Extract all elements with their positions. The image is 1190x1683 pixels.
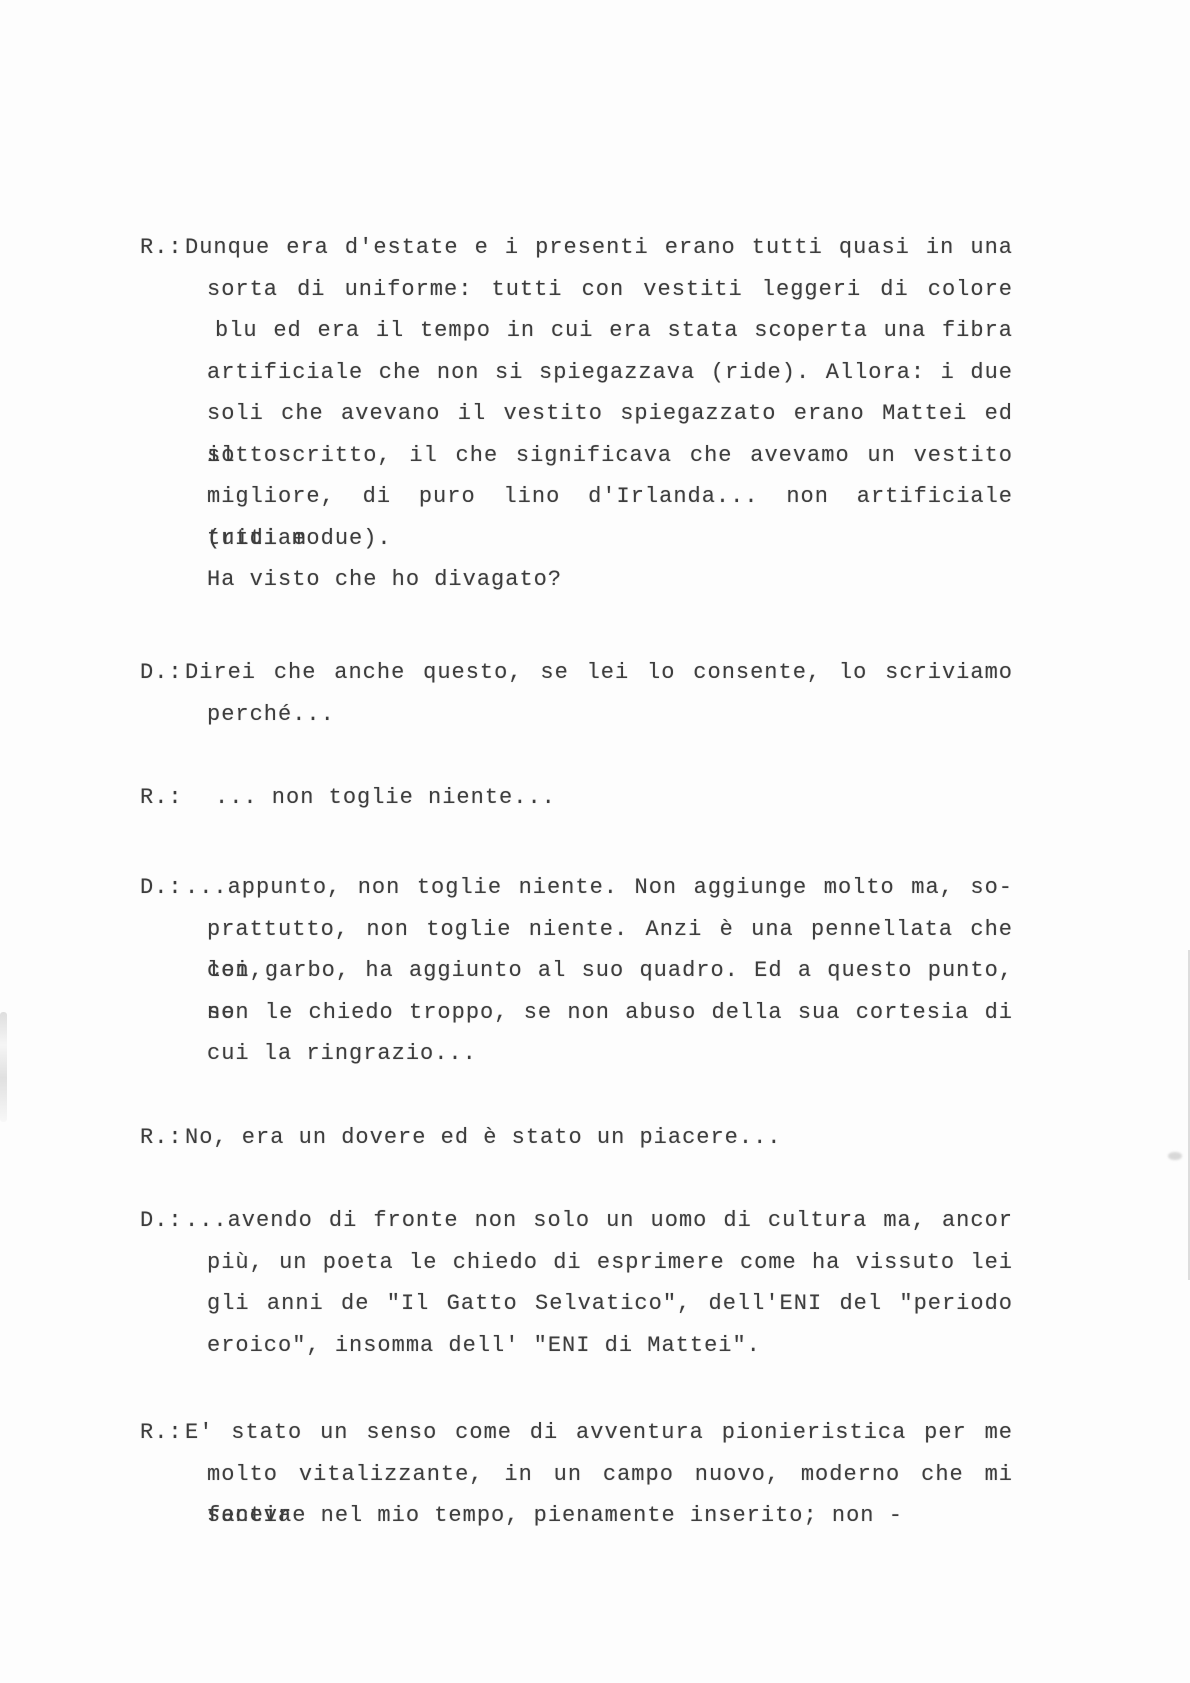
transcript-line: gli anni de "Il Gatto Selvatico", dell'E…	[185, 1283, 1013, 1325]
dialogue-turn: R.:E' stato un senso come di avventura p…	[140, 1412, 1020, 1537]
speaker-label: D.:	[140, 652, 183, 694]
transcript-line: prattutto, non toglie niente. Anzi è una…	[185, 909, 1013, 951]
speaker-label: R.:	[140, 1117, 183, 1159]
dialogue-turn: D.:...appunto, non toglie niente. Non ag…	[140, 867, 1020, 1075]
speaker-label: R.:	[140, 227, 183, 269]
turn-lines: Dunque era d'estate e i presenti erano t…	[185, 227, 1013, 601]
transcript-line: con garbo, ha aggiunto al suo quadro. Ed…	[185, 950, 1013, 992]
transcript-line: molto vitalizzante, in un campo nuovo, m…	[185, 1454, 1013, 1496]
turn-lines: ... non toglie niente...	[185, 777, 1013, 819]
transcript-line: sottoscritto, il che significava che ave…	[185, 435, 1013, 477]
transcript-line: Direi che anche questo, se lei lo consen…	[185, 652, 1013, 694]
transcript-line: sorta di uniforme: tutti con vestiti leg…	[185, 269, 1013, 311]
transcript-line: non le chiedo troppo, se non abuso della…	[185, 992, 1013, 1034]
transcript-line: sentire nel mio tempo, pienamente inseri…	[185, 1495, 1013, 1537]
speaker-label: D.:	[140, 1200, 183, 1242]
transcript-line: blu ed era il tempo in cui era stata sco…	[185, 310, 1013, 352]
transcript-line: perché...	[185, 694, 1013, 736]
transcript-line: artificiale che non si spiegazzava (ride…	[185, 352, 1013, 394]
transcript-line: cui la ringrazio...	[185, 1033, 1013, 1075]
transcript-line: No, era un dovere ed è stato un piacere.…	[185, 1117, 1013, 1159]
dialogue-turn: R.:... non toglie niente...	[140, 777, 1020, 819]
turn-lines: No, era un dovere ed è stato un piacere.…	[185, 1117, 1013, 1159]
speaker-label: D.:	[140, 867, 183, 909]
turn-lines: E' stato un senso come di avventura pion…	[185, 1412, 1013, 1537]
transcript-line: tutti e due).	[185, 518, 1013, 560]
scan-artifact-left-edge	[0, 1012, 7, 1122]
transcript-line: ...appunto, non toglie niente. Non aggiu…	[185, 867, 1013, 909]
scan-artifact-smudge	[1168, 1152, 1182, 1160]
speaker-label: R.:	[140, 777, 183, 819]
dialogue-turn: R.:No, era un dovere ed è stato un piace…	[140, 1117, 1020, 1159]
transcript-line: eroico", insomma dell' "ENI di Mattei".	[185, 1325, 1013, 1367]
transcript-line: E' stato un senso come di avventura pion…	[185, 1412, 1013, 1454]
transcript-line: migliore, di puro lino d'Irlanda... non …	[185, 476, 1013, 518]
transcript-line: ...avendo di fronte non solo un uomo di …	[185, 1200, 1013, 1242]
turn-lines: ...avendo di fronte non solo un uomo di …	[185, 1200, 1013, 1366]
dialogue-turn: R.:Dunque era d'estate e i presenti eran…	[140, 227, 1020, 601]
transcript-line: più, un poeta le chiedo di esprimere com…	[185, 1242, 1013, 1284]
transcript-line: Dunque era d'estate e i presenti erano t…	[185, 227, 1013, 269]
dialogue-turn: D.:Direi che anche questo, se lei lo con…	[140, 652, 1020, 735]
transcript-line: Ha visto che ho divagato?	[185, 559, 1013, 601]
dialogue-turn: D.:...avendo di fronte non solo un uomo …	[140, 1200, 1020, 1366]
transcript-line: soli che avevano il vestito spiegazzato …	[185, 393, 1013, 435]
transcript-line: ... non toglie niente...	[185, 777, 1013, 819]
speaker-label: R.:	[140, 1412, 183, 1454]
turn-lines: ...appunto, non toglie niente. Non aggiu…	[185, 867, 1013, 1075]
scanned-page: R.:Dunque era d'estate e i presenti eran…	[0, 0, 1190, 1683]
turn-lines: Direi che anche questo, se lei lo consen…	[185, 652, 1013, 735]
